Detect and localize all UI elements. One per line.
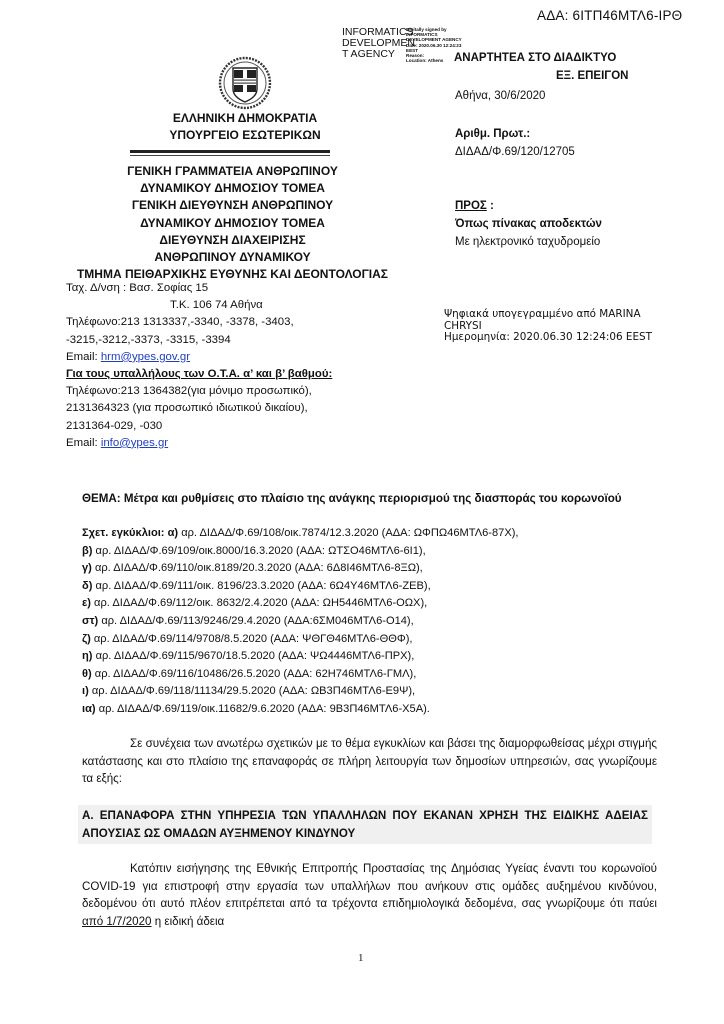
department-heading: ΓΕΝΙΚΗ ΓΡΑΜΜΑΤΕΙΑ ΑΝΘΡΩΠΙΝΟΥ ΔΥΝΑΜΙΚΟΥ Δ… <box>60 163 405 283</box>
reference-item: η) αρ. ΔΙΔΑΔ/Φ.69/115/9670/18.5.2020 (ΑΔ… <box>82 648 672 666</box>
reference-item: β) αρ. ΔΙΔΑΔ/Φ.69/109/οικ.8000/16.3.2020… <box>82 543 672 561</box>
section-a-heading: Α. ΕΠΑΝΑΦΟΡΑ ΣΤΗΝ ΥΠΗΡΕΣΙΑ ΤΩΝ ΥΠΑΛΛΗΛΩΝ… <box>78 805 652 844</box>
subject-label: ΘΕΜΑ: <box>82 492 121 505</box>
page-number: 1 <box>358 952 364 964</box>
reference-item: ι) αρ. ΔΙΔΑΔ/Φ.69/118/11134/29.5.2020 (Α… <box>82 683 672 701</box>
reference-text: αρ. ΔΙΔΑΔ/Φ.69/118/11134/29.5.2020 (ΑΔΑ:… <box>89 685 415 697</box>
protocol-number: ΔΙΔΑΔ/Φ.69/120/12705 <box>455 146 575 158</box>
ota-phone-line: Τηλέφωνο:213 1364382(για μόνιμο προσωπικ… <box>66 383 386 400</box>
ota-phone-line: 2131364323 (για προσωπικό ιδιωτικού δικα… <box>66 400 386 417</box>
paragraph-text: Κατόπιν εισήγησης της Εθνικής Επιτροπής … <box>82 862 657 910</box>
reference-text: αρ. ΔΙΔΑΔ/Φ.69/110/οικ.8189/20.3.2020 (Α… <box>92 562 423 574</box>
reference-text: αρ. ΔΙΔΑΔ/Φ.69/109/οικ.8000/16.3.2020 (Α… <box>92 545 425 557</box>
reference-marker: ι) <box>82 685 89 697</box>
protocol-label: Αριθμ. Πρωτ.: <box>455 128 530 140</box>
reference-item: ε) αρ. ΔΙΔΑΔ/Φ.69/112/οικ. 8632/2.4.2020… <box>82 595 672 613</box>
urgency-label: ΕΞ. ΕΠΕΙΓΟΝ <box>556 70 628 82</box>
department-line: ΓΕΝΙΚΗ ΓΡΑΜΜΑΤΕΙΑ ΑΝΘΡΩΠΙΝΟΥ <box>60 163 405 180</box>
greek-coat-of-arms-icon <box>217 55 273 111</box>
state-ministry-heading: ΕΛΛΗΝΙΚΗ ΔΗΜΟΚΡΑΤΙΑ ΥΠΟΥΡΓΕΙΟ ΕΣΩΤΕΡΙΚΩΝ <box>130 110 360 144</box>
email-label: Email: <box>66 437 101 449</box>
section-a-body: Κατόπιν εισήγησης της Εθνικής Επιτροπής … <box>82 860 657 930</box>
reference-marker: γ) <box>82 562 92 574</box>
digital-signature-block: Ψηφιακά υπογεγραμμένο από MARINA CHRYSI … <box>444 309 652 344</box>
recipients-label-colon: : <box>487 200 494 212</box>
reference-marker: α) <box>168 527 179 539</box>
reference-item: ια) αρ. ΔΙΔΑΔ/Φ.69/119/οικ.11682/9.6.202… <box>82 701 672 719</box>
reference-marker: ζ) <box>82 633 91 645</box>
reference-item: στ) αρ. ΔΙΔΑΔ/Φ.69/113/9246/29.4.2020 (Α… <box>82 613 672 631</box>
subject: ΘΕΜΑ: Μέτρα και ρυθμίσεις στο πλαίσιο τη… <box>82 490 657 508</box>
ministry-name: ΥΠΟΥΡΓΕΙΟ ΕΣΩΤΕΡΙΚΩΝ <box>130 127 360 144</box>
reference-text: αρ. ΔΙΔΑΔ/Φ.69/114/9708/8.5.2020 (ΑΔΑ: Ψ… <box>91 633 413 645</box>
phone-line: -3215,-3212,-3373, -3315, -3394 <box>66 332 386 349</box>
recipients-list: Όπως πίνακας αποδεκτών <box>455 218 602 230</box>
reference-item: γ) αρ. ΔΙΔΑΔ/Φ.69/110/οικ.8189/20.3.2020… <box>82 560 672 578</box>
department-line: ΔΥΝΑΜΙΚΟΥ ΔΗΜΟΣΙΟΥ ΤΟΜΕΑ <box>60 215 405 232</box>
state-name: ΕΛΛΗΝΙΚΗ ΔΗΜΟΚΡΑΤΙΑ <box>130 110 360 127</box>
email-link-info[interactable]: info@ypes.gr <box>101 437 168 449</box>
signer-org-line: T AGENCY <box>342 49 404 60</box>
ota-email-line: Email: info@ypes.gr <box>66 435 386 452</box>
reference-text: αρ. ΔΙΔΑΔ/Φ.69/108/οικ.7874/12.3.2020 (Α… <box>178 527 518 539</box>
postal-code: Τ.Κ. 106 74 Αθήνα <box>66 297 386 314</box>
place-date: Αθήνα, 30/6/2020 <box>455 90 545 102</box>
effective-date: από 1/7/2020 <box>82 915 152 928</box>
email-link-hrm[interactable]: hrm@ypes.gov.gr <box>101 351 190 363</box>
email-line: Email: hrm@ypes.gov.gr <box>66 349 386 366</box>
contact-block: Ταχ. Δ/νση : Βασ. Σοφίας 15 Τ.Κ. 106 74 … <box>66 280 386 452</box>
reference-text: αρ. ΔΙΔΑΔ/Φ.69/113/9246/29.4.2020 (ΑΔΑ:6… <box>98 615 413 627</box>
recipients-label-text: ΠΡΟΣ <box>455 200 487 212</box>
phone-line: Τηλέφωνο:213 1313337,-3340, -3378, -3403… <box>66 314 386 331</box>
reference-marker: στ) <box>82 615 98 627</box>
department-line: ΔΥΝΑΜΙΚΟΥ ΔΗΜΟΣΙΟΥ ΤΟΜΕΑ <box>60 180 405 197</box>
delivery-method: Με ηλεκτρονικό ταχυδρομείο <box>455 236 600 248</box>
reference-item: Σχετ. εγκύκλιοι: α) αρ. ΔΙΔΑΔ/Φ.69/108/ο… <box>82 525 672 543</box>
reference-text: αρ. ΔΙΔΑΔ/Φ.69/116/10486/26.5.2020 (ΑΔΑ:… <box>92 668 417 680</box>
reference-text: αρ. ΔΙΔΑΔ/Φ.69/115/9670/18.5.2020 (ΑΔΑ: … <box>92 650 414 662</box>
reference-marker: θ) <box>82 668 92 680</box>
reference-text: αρ. ΔΙΔΑΔ/Φ.69/112/οικ. 8632/2.4.2020 (Α… <box>91 597 427 609</box>
signature-signer: Ψηφιακά υπογεγραμμένο από MARINA <box>444 309 652 321</box>
signer-organization: INFORMATICS DEVELOPMEN T AGENCY <box>342 27 404 60</box>
reference-marker: β) <box>82 545 92 557</box>
reference-marker: η) <box>82 650 92 662</box>
reference-marker: ε) <box>82 597 91 609</box>
signature-date: Ημερομηνία: 2020.06.30 12:24:06 EEST <box>444 332 652 344</box>
reference-item: δ) αρ. ΔΙΔΑΔ/Φ.69/111/οικ. 8196/23.3.202… <box>82 578 672 596</box>
paragraph-text: η ειδική άδεια <box>152 915 225 928</box>
reference-text: αρ. ΔΙΔΑΔ/Φ.69/111/οικ. 8196/23.3.2020 (… <box>92 580 430 592</box>
section-a-paragraph: Κατόπιν εισήγησης της Εθνικής Επιτροπής … <box>82 860 657 930</box>
department-line: ΔΙΕΥΘΥΝΣΗ ΔΙΑΧΕΙΡΙΣΗΣ <box>60 232 405 249</box>
department-line: ΓΕΝΙΚΗ ΔΙΕΥΘΥΝΣΗ ΑΝΘΡΩΠΙΝΟΥ <box>60 197 405 214</box>
ota-contact-heading: Για τους υπαλλήλους των Ο.Τ.Α. α’ και β’… <box>66 366 386 383</box>
intro-paragraph: Σε συνέχεια των ανωτέρω σχετικών με το θ… <box>82 735 657 788</box>
email-label: Email: <box>66 351 101 363</box>
ada-code: ΑΔΑ: 6ΙΤΠ46ΜΤΛ6-ΙΡΘ <box>537 8 682 23</box>
reference-item: θ) αρ. ΔΙΔΑΔ/Φ.69/116/10486/26.5.2020 (Α… <box>82 666 672 684</box>
heading-rule-thin <box>130 155 330 156</box>
department-line: ΑΝΘΡΩΠΙΝΟΥ ΔΥΝΑΜΙΚΟΥ <box>60 249 405 266</box>
publish-online-note: ΑΝΑΡΤΗΤΕΑ ΣΤΟ ΔΙΑΔΙΚΤΥΟ <box>454 52 616 64</box>
postal-address: Ταχ. Δ/νση : Βασ. Σοφίας 15 <box>66 280 386 297</box>
reference-marker: δ) <box>82 580 92 592</box>
heading-rule <box>130 150 330 153</box>
reference-marker: ια) <box>82 703 96 715</box>
reference-item: ζ) αρ. ΔΙΔΑΔ/Φ.69/114/9708/8.5.2020 (ΑΔΑ… <box>82 631 672 649</box>
ota-phone-line: 2131364-029, -030 <box>66 418 386 435</box>
references-list: Σχετ. εγκύκλιοι: α) αρ. ΔΙΔΑΔ/Φ.69/108/ο… <box>82 525 672 719</box>
reference-text: αρ. ΔΙΔΑΔ/Φ.69/119/οικ.11682/9.6.2020 (Α… <box>96 703 430 715</box>
recipients-label: ΠΡΟΣ : <box>455 200 494 212</box>
intro-text: Σε συνέχεια των ανωτέρω σχετικών με το θ… <box>82 735 657 788</box>
references-label: Σχετ. εγκύκλιοι: <box>82 527 165 539</box>
subject-text: Μέτρα και ρυθμίσεις στο πλαίσιο της ανάγ… <box>121 492 622 505</box>
